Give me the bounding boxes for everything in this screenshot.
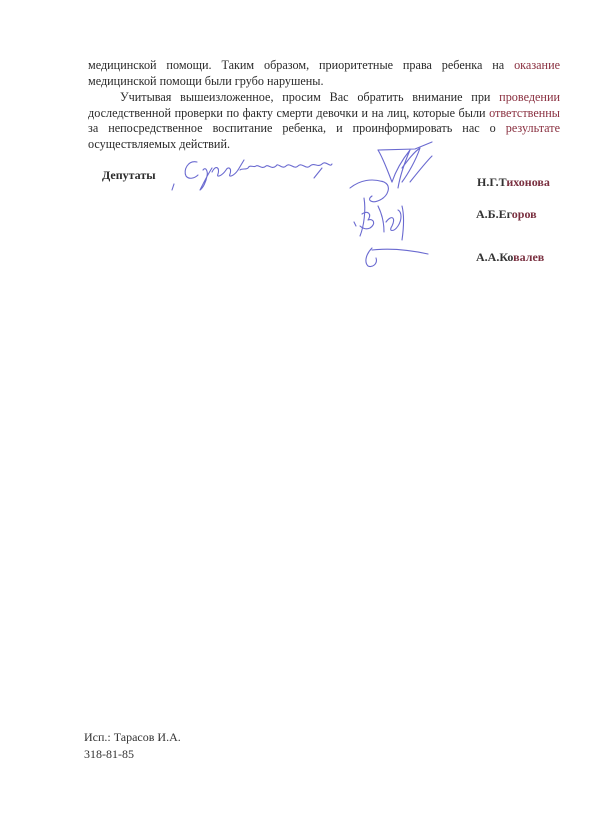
signature-kovalev-icon [366,248,428,267]
signatory-name: А.Б.Егоров [476,207,537,222]
highlighted-word: проведении [499,90,560,104]
executor-phone: 318-81-85 [84,746,181,763]
name-part: валев [513,250,544,264]
name-part: ихонова [506,175,550,189]
name-part: А.А.Ко [476,250,513,264]
highlighted-word: оказание [514,58,560,72]
paragraph-request: Учитывая вышеизложенное, просим Вас обра… [88,90,560,152]
name-part: Н.Г.Т [477,175,506,189]
paragraph-text: медицинской помощи были грубо нарушены. [88,74,324,88]
document-page: медицинской помощи. Таким образом, приор… [0,0,600,837]
signature-egorov-icon [354,198,404,240]
paragraph-text: Учитывая вышеизложенное, просим Вас обра… [120,90,499,104]
highlighted-word: ответственны [489,106,560,120]
paragraph-text: медицинской помощи. Таким образом, приор… [88,58,514,72]
executor-name: Исп.: Тарасов И.А. [84,729,181,746]
signatory-name: Н.Г.Тихонова [477,175,550,190]
paragraph-conclusion: медицинской помощи. Таким образом, приор… [88,58,560,89]
paragraph-text: за непосредственное воспитание ребенка, … [88,121,506,135]
signatory-name: А.А.Ковалев [476,250,544,265]
handwritten-greeting-icon [172,160,332,190]
deputies-label: Депутаты [102,168,156,183]
paragraph-text: осуществляемых действий. [88,137,230,151]
footer-executor: Исп.: Тарасов И.А. 318-81-85 [84,729,181,763]
name-part: оров [512,207,537,221]
paragraph-text: доследственной проверки по факту смерти … [88,106,489,120]
highlighted-word: результате [506,121,560,135]
name-part: А.Б.Ег [476,207,512,221]
